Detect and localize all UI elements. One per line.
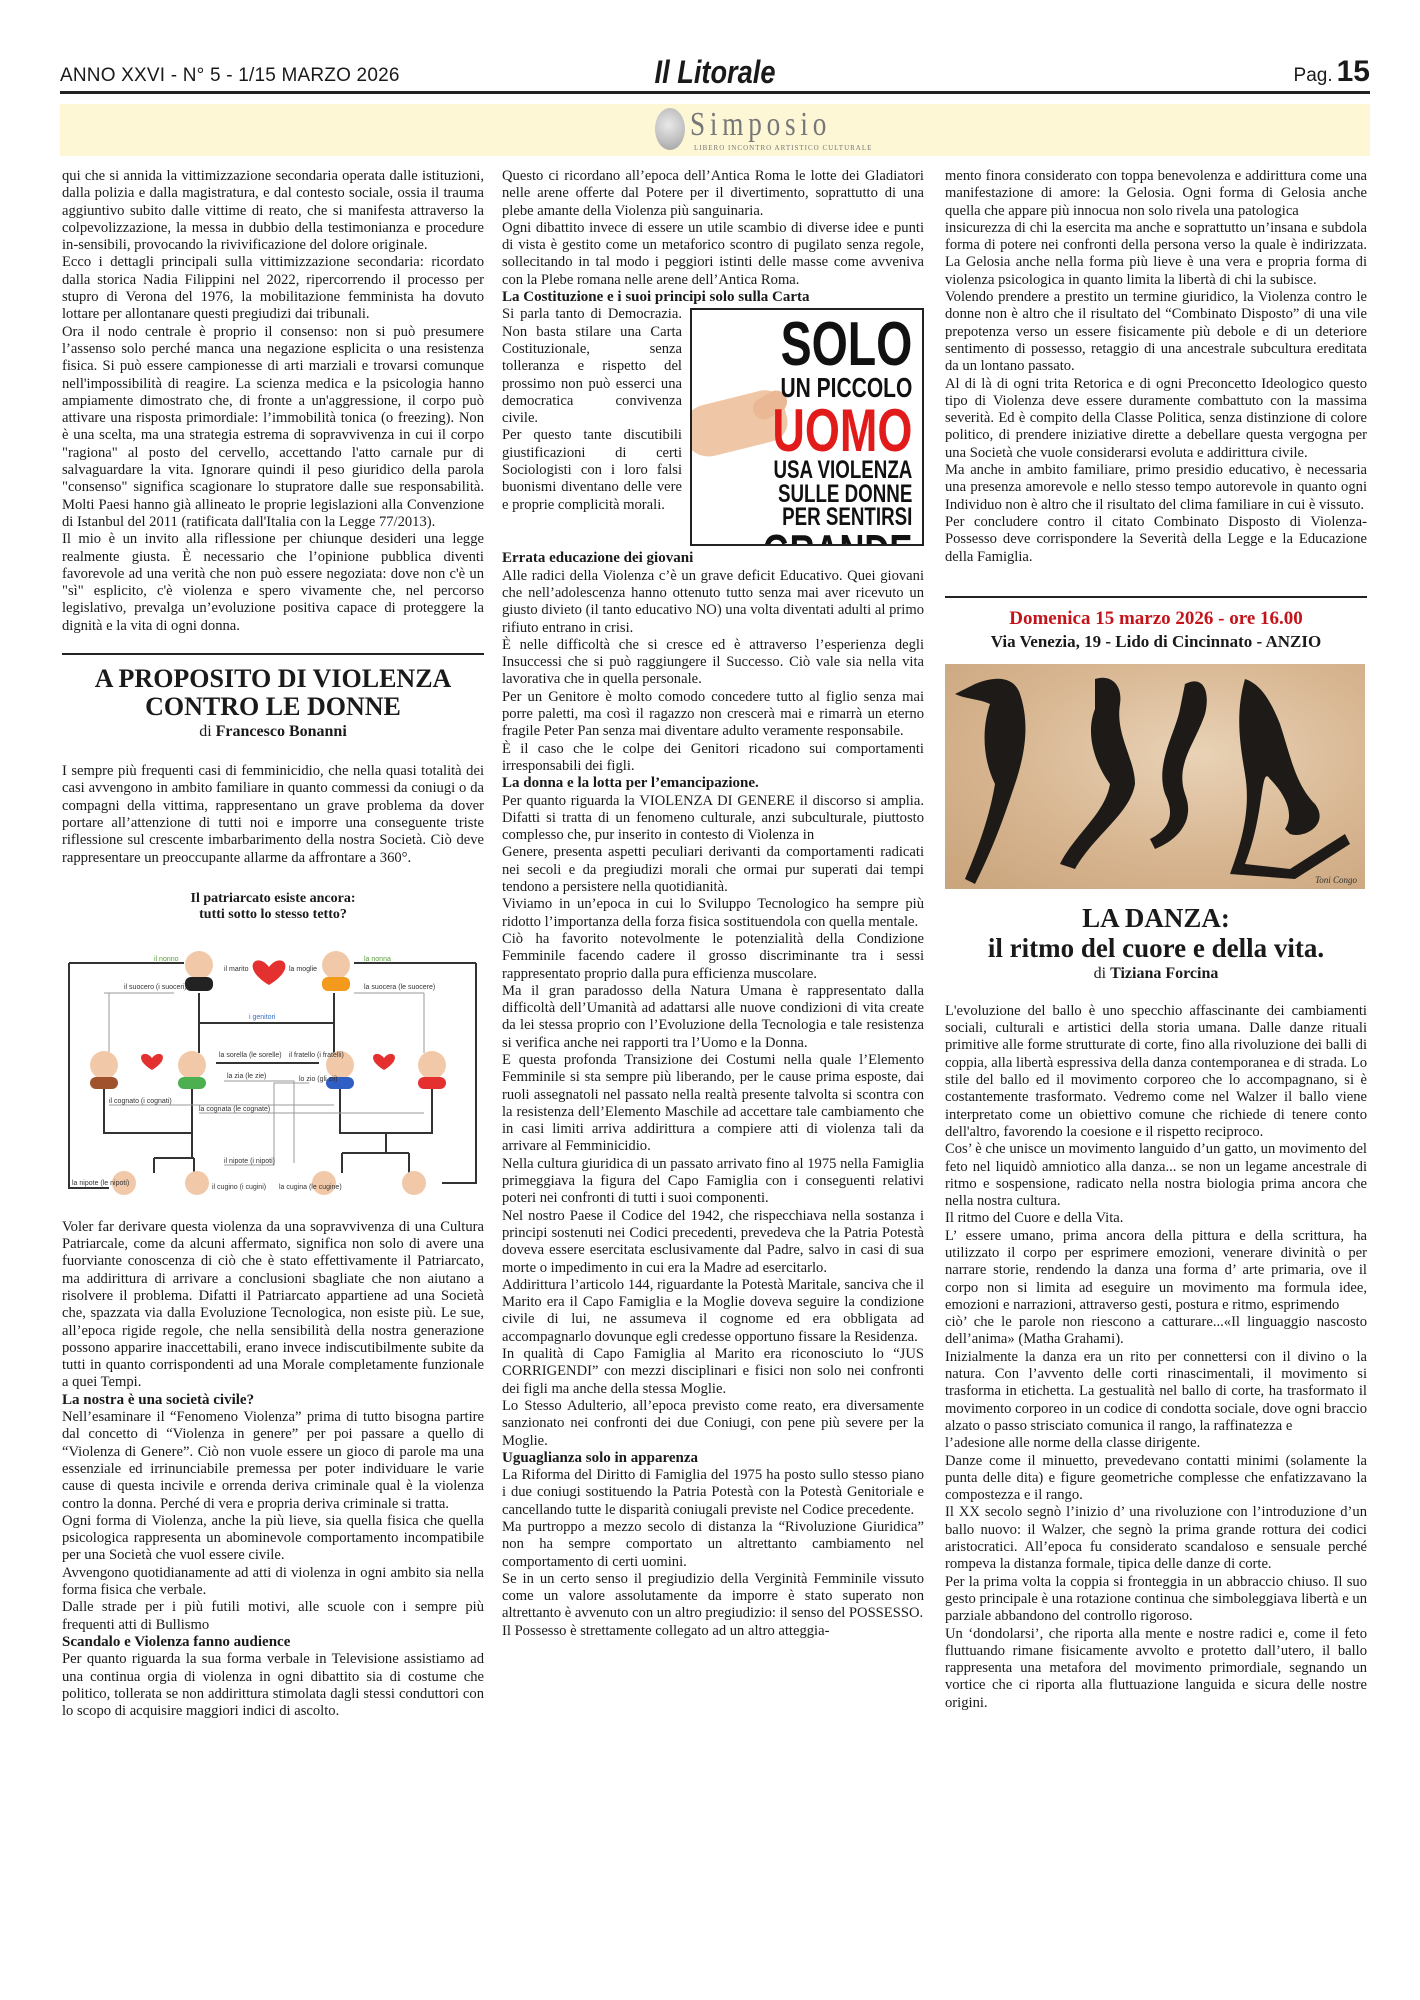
article-paragraph: Ciò ha favorito notevolmente le potenzia… [502, 931, 924, 983]
article-paragraph: E questa profonda Transizione dei Costum… [502, 1052, 924, 1156]
poster-line: GRANDE [762, 530, 912, 546]
author-name: Tiziana Forcina [1110, 965, 1218, 982]
caption-line: Il patriarcato esiste ancora: [62, 891, 484, 907]
byline-prefix: di [1094, 965, 1106, 982]
svg-text:il cognato (i cognati): il cognato (i cognati) [109, 1098, 172, 1105]
subheading: La nostra è una società civile? [62, 1392, 484, 1409]
event-date: Domenica 15 marzo 2026 - ore 16.00 [945, 608, 1367, 630]
article-paragraph: In qualità di Capo Famiglia al Marito er… [502, 1346, 924, 1398]
article-paragraph: È il caso che le colpe dei Genitori rica… [502, 741, 924, 776]
article-paragraph: È nelle difficoltà che si cresce ed è at… [502, 637, 924, 689]
event-location: Via Venezia, 19 - Lido di Cincinnato - A… [945, 632, 1367, 652]
continued-paragraph: Ora il nodo centrale è proprio il consen… [62, 324, 484, 532]
cave-painting-dancers-image: Toni Congo [945, 664, 1365, 889]
article-paragraph: Questo ci ricordano all’epoca dell’Antic… [502, 168, 924, 220]
article-headline: LA DANZA: il ritmo del cuore e della vit… [945, 903, 1367, 963]
continued-paragraph: qui che si annida la vittimizzazione sec… [62, 168, 484, 254]
article-paragraph: Nell’esaminare il “Fenomeno Violenza” pr… [62, 1409, 484, 1513]
article-paragraph: Avvengono quotidianamente ad atti di vio… [62, 1565, 484, 1600]
article-paragraph: mento finora considerato con toppa benev… [945, 168, 1367, 220]
article-paragraph: Volendo prendere a prestito un termine g… [945, 289, 1367, 375]
article-paragraph: Addirittura l’articolo 144, riguardante … [502, 1277, 924, 1346]
campaign-poster: SOLO UN PICCOLO UOMO USA VIOLENZA SULLE … [690, 308, 924, 546]
dancers-icon: Toni Congo [945, 664, 1365, 889]
svg-text:lo zio (gli zii): lo zio (gli zii) [299, 1076, 338, 1083]
article-byline: di Tiziana Forcina [945, 965, 1367, 983]
svg-text:il suocero (i suoceri): il suocero (i suoceri) [124, 984, 187, 991]
article-paragraph: Alle radici della Violenza c’è un grave … [502, 568, 924, 637]
svg-text:i genitori: i genitori [249, 1014, 276, 1021]
section-banner: Simposio LIBERO INCONTRO ARTISTICO CULTU… [60, 104, 1370, 156]
column-1: qui che si annida la vittimizzazione sec… [62, 168, 484, 1720]
section-subtitle: LIBERO INCONTRO ARTISTICO CULTURALE [694, 144, 872, 152]
family-tree-diagram: il marito la moglie il nonno la nonna i … [64, 933, 492, 1203]
article-paragraph: Per quanto riguarda la VIOLENZA DI GENER… [502, 793, 924, 845]
svg-text:la zia (le zie): la zia (le zie) [227, 1073, 266, 1080]
article-headline: A PROPOSITO DI VIOLENZA CONTRO LE DONNE [62, 665, 484, 721]
article-paragraph: Il XX secolo segnò l’inizio d’ una rivol… [945, 1504, 1367, 1573]
family-tree-icon: il marito la moglie il nonno la nonna i … [64, 933, 492, 1203]
page-label: Pag. [1294, 65, 1333, 86]
article-paragraph: Ma anche in ambito familiare, primo pres… [945, 462, 1367, 514]
continued-paragraph: Ecco i dettagli principali sulla vittimi… [62, 254, 484, 323]
article-paragraph: Viviamo in un’epoca in cui lo Sviluppo T… [502, 896, 924, 931]
article-paragraph: Se in un certo senso il pregiudizio dell… [502, 1571, 924, 1623]
svg-text:Toni Congo: Toni Congo [1315, 875, 1357, 885]
svg-text:la moglie: la moglie [289, 966, 317, 973]
article-paragraph: ciò’ che le parole non riescono a cattur… [945, 1314, 1367, 1349]
article-paragraph: Per quanto riguarda la sua forma verbale… [62, 1651, 484, 1720]
article-paragraph: L’ essere umano, prima ancora della pitt… [945, 1228, 1367, 1314]
subheading: Scandalo e Violenza fanno audience [62, 1634, 484, 1651]
article-paragraph: Il Possesso è strettamente collegato ad … [502, 1623, 924, 1640]
page-indicator: Pag.15 [1294, 55, 1370, 89]
svg-text:il nipote (i nipoti): il nipote (i nipoti) [224, 1158, 275, 1165]
article-paragraph: Ma il gran paradosso della Natura Umana … [502, 983, 924, 1052]
article-paragraph: Ma purtroppo a mezzo secolo di distanza … [502, 1519, 924, 1571]
caption-line: tutti sotto lo stesso tetto? [62, 907, 484, 923]
article-paragraph: Ogni dibattito invece di essere un utile… [502, 220, 924, 289]
column-2: Questo ci ricordano all’epoca dell’Antic… [502, 168, 924, 1640]
svg-text:la sorella (le sorelle): la sorella (le sorelle) [219, 1052, 282, 1059]
section-title: Simposio [690, 106, 831, 144]
headline-line: il ritmo del cuore e della vita. [945, 933, 1367, 963]
article-paragraph: Inizialmente la danza era un rito per co… [945, 1349, 1367, 1435]
headline-line: LA DANZA: [945, 903, 1367, 933]
svg-text:il fratello (i fratelli): il fratello (i fratelli) [289, 1052, 344, 1059]
article-paragraph: Nel nostro Paese il Codice del 1942, che… [502, 1208, 924, 1277]
byline-prefix: di [199, 723, 211, 740]
article-paragraph: Per un Genitore è molto comodo concedere… [502, 689, 924, 741]
article-paragraph: Un ‘dondolarsi’, che riporta alla mente … [945, 1626, 1367, 1712]
article-paragraph: La Riforma del Diritto di Famiglia del 1… [502, 1467, 924, 1519]
divider [945, 596, 1367, 598]
subheading: Errata educazione dei giovani [502, 550, 924, 567]
article-paragraph: Cos’ è che unisce un movimento languido … [945, 1141, 1367, 1210]
subheading: La donna e la lotta per l’emancipazione. [502, 775, 924, 792]
divider [62, 653, 484, 655]
svg-text:il marito: il marito [224, 966, 249, 973]
article-paragraph: Danze come il minuetto, prevedevano cont… [945, 1453, 1367, 1505]
article-paragraph: Lo Stesso Adulterio, all’epoca previsto … [502, 1398, 924, 1450]
article-paragraph: Ogni forma di Violenza, anche la più lie… [62, 1513, 484, 1565]
svg-text:la cognata (le cognate): la cognata (le cognate) [199, 1106, 270, 1113]
article-paragraph: insicurezza di chi la esercita ma anche … [945, 220, 1367, 289]
svg-text:la nipote (le nipoti): la nipote (le nipoti) [72, 1180, 129, 1187]
article-paragraph: Il ritmo del Cuore e della Vita. [945, 1210, 1367, 1227]
poster-line: SOLO [762, 316, 912, 375]
poster-text: SOLO UN PICCOLO UOMO USA VIOLENZA SULLE … [762, 316, 912, 546]
article-paragraph: Dalle strade per i più futili motivi, al… [62, 1599, 484, 1634]
svg-text:la nonna: la nonna [364, 956, 391, 963]
svg-text:la suocera (le suocere): la suocera (le suocere) [364, 984, 435, 991]
column-3: mento finora considerato con toppa benev… [945, 168, 1367, 1712]
article-paragraph: Genere, presenta aspetti peculiari deriv… [502, 844, 924, 896]
article-paragraph: L'evoluzione del ballo è uno specchio af… [945, 1003, 1367, 1141]
continued-paragraph: Il mio è un invito alla riflessione per … [62, 531, 484, 635]
article-paragraph: Per la prima volta la coppia si frontegg… [945, 1574, 1367, 1626]
masthead: ANNO XXVI - N° 5 - 1/15 MARZO 2026 Il Li… [60, 60, 1370, 94]
poster-line: UOMO [762, 402, 912, 459]
article-paragraph: Voler far derivare questa violenza da un… [62, 1219, 484, 1392]
article-paragraph: l’adesione alle norme della classe dirig… [945, 1435, 1367, 1452]
newspaper-title: Il Litorale [158, 54, 1272, 91]
subheading: La Costituzione e i suoi principi solo s… [502, 289, 924, 306]
figure-caption: Il patriarcato esiste ancora: tutti sott… [62, 891, 484, 923]
article-byline: di Francesco Bonanni [62, 723, 484, 741]
svg-text:il cugino (i cugini): il cugino (i cugini) [212, 1184, 266, 1191]
page-number: 15 [1337, 55, 1370, 88]
article-paragraph: Per concludere contro il citato Combinat… [945, 514, 1367, 566]
svg-text:il nonno: il nonno [154, 956, 179, 963]
simposio-logo-icon [655, 108, 685, 150]
subheading: Uguaglianza solo in apparenza [502, 1450, 924, 1467]
svg-text:la cugina (le cugine): la cugina (le cugine) [279, 1184, 342, 1191]
author-name: Francesco Bonanni [216, 723, 347, 740]
article-paragraph: Al di là di ogni trita Retorica e di ogn… [945, 376, 1367, 462]
article-paragraph: Nella cultura giuridica di un passato ar… [502, 1156, 924, 1208]
article-intro: I sempre più frequenti casi di femminici… [62, 763, 484, 867]
